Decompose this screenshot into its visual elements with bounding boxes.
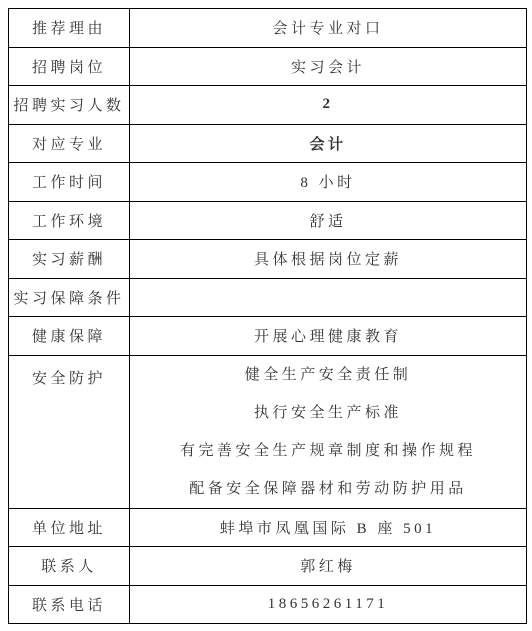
- value-line: 会计专业对口: [130, 17, 526, 38]
- value-line: 开展心理健康教育: [130, 325, 526, 346]
- row-label-cell: 对应专业: [9, 124, 130, 163]
- row-label-cell: 工作环境: [9, 201, 130, 240]
- row-label-cell: 实习保障条件: [9, 278, 130, 317]
- table-row: 单位地址蚌埠市凤凰国际 B 座 501: [9, 508, 527, 547]
- row-value-cell: 2: [130, 86, 527, 125]
- table-row: 健康保障开展心理健康教育: [9, 317, 527, 356]
- table-row: 联系人郭红梅: [9, 547, 527, 586]
- table-row: 实习薪酬具体根据岗位定薪: [9, 240, 527, 279]
- value-line: 2: [130, 96, 526, 113]
- row-label-cell: 安全防护: [9, 355, 130, 508]
- table-row: 工作环境舒适: [9, 201, 527, 240]
- value-line: 有完善安全生产规章制度和操作规程: [130, 432, 526, 470]
- row-value-cell: 开展心理健康教育: [130, 317, 527, 356]
- row-label-cell: 招聘实习人数: [9, 86, 130, 125]
- row-label-cell: 联系电话: [9, 585, 130, 624]
- row-value-cell: 实习会计: [130, 47, 527, 86]
- value-line: 蚌埠市凤凰国际 B 座 501: [130, 517, 526, 538]
- row-value-cell: 18656261171: [130, 585, 527, 624]
- row-label-cell: 工作时间: [9, 163, 130, 202]
- table-row: 联系电话18656261171: [9, 585, 527, 624]
- value-line: 配备安全保障器材和劳动防护用品: [130, 470, 526, 508]
- row-label-cell: 健康保障: [9, 317, 130, 356]
- value-line: 8 小时: [130, 171, 526, 192]
- table-body: 推荐理由会计专业对口招聘岗位实习会计招聘实习人数2对应专业会计工作时间8 小时工…: [9, 9, 527, 624]
- row-label-cell: 招聘岗位: [9, 47, 130, 86]
- value-line: 执行安全生产标准: [130, 394, 526, 432]
- table-row: 对应专业会计: [9, 124, 527, 163]
- row-value-cell: 会计: [130, 124, 527, 163]
- row-value-cell: 8 小时: [130, 163, 527, 202]
- table-row: 招聘岗位实习会计: [9, 47, 527, 86]
- row-label-cell: 单位地址: [9, 508, 130, 547]
- value-line: 郭红梅: [130, 555, 526, 576]
- job-info-table: 推荐理由会计专业对口招聘岗位实习会计招聘实习人数2对应专业会计工作时间8 小时工…: [8, 8, 527, 624]
- value-line: 会计: [130, 133, 526, 154]
- row-label-cell: 实习薪酬: [9, 240, 130, 279]
- table-row: 工作时间8 小时: [9, 163, 527, 202]
- row-value-cell: 郭红梅: [130, 547, 527, 586]
- value-line: 实习会计: [130, 56, 526, 77]
- value-line: 18656261171: [130, 596, 526, 613]
- table-row: 推荐理由会计专业对口: [9, 9, 527, 48]
- table-row: 安全防护健全生产安全责任制执行安全生产标准有完善安全生产规章制度和操作规程配备安…: [9, 355, 527, 508]
- row-value-cell: [130, 278, 527, 317]
- row-value-cell: 舒适: [130, 201, 527, 240]
- table-row: 招聘实习人数2: [9, 86, 527, 125]
- row-value-cell: 具体根据岗位定薪: [130, 240, 527, 279]
- row-value-cell: 会计专业对口: [130, 9, 527, 48]
- table-row: 实习保障条件: [9, 278, 527, 317]
- row-label-cell: 联系人: [9, 547, 130, 586]
- row-label-cell: 推荐理由: [9, 9, 130, 48]
- document-page: { "page": { "background_color": "#ffffff…: [0, 0, 532, 631]
- value-line: 健全生产安全责任制: [130, 356, 526, 394]
- row-value-cell: 蚌埠市凤凰国际 B 座 501: [130, 508, 527, 547]
- value-line: 舒适: [130, 210, 526, 231]
- value-line: 具体根据岗位定薪: [130, 248, 526, 269]
- row-value-cell: 健全生产安全责任制执行安全生产标准有完善安全生产规章制度和操作规程配备安全保障器…: [130, 355, 527, 508]
